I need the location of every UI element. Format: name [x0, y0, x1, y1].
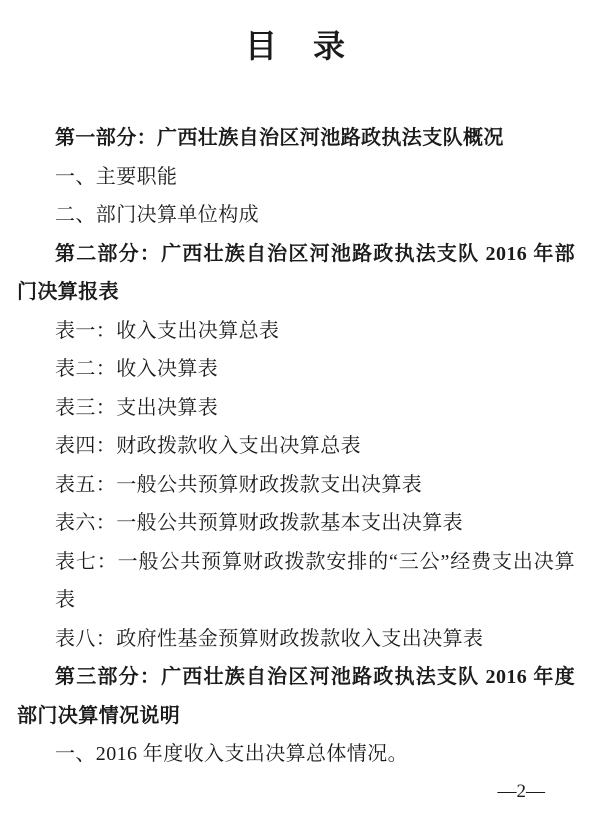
toc-part1-heading: 第一部分：广西壮族自治区河池路政执法支队概况 — [17, 119, 575, 158]
toc-item: 一、主要职能 — [55, 158, 575, 197]
document-page: 目 录 第一部分：广西壮族自治区河池路政执法支队概况 一、主要职能 二、部门决算… — [0, 0, 600, 822]
toc-item: 表一：收入支出决算总表 — [55, 312, 575, 351]
toc-item: 表三：支出决算表 — [55, 389, 575, 428]
toc-item: 一、2016 年度收入支出决算总体情况。 — [55, 735, 575, 774]
toc-item: 表七：一般公共预算财政拨款安排的“三公”经费支出决算表 — [55, 543, 575, 620]
table-of-contents: 第一部分：广西壮族自治区河池路政执法支队概况 一、主要职能 二、部门决算单位构成… — [17, 119, 575, 774]
toc-item: 表五：一般公共预算财政拨款支出决算表 — [55, 466, 575, 505]
toc-item: 二、部门决算单位构成 — [55, 196, 575, 235]
toc-item: 表六：一般公共预算财政拨款基本支出决算表 — [55, 504, 575, 543]
toc-item: 表四：财政拨款收入支出决算总表 — [55, 427, 575, 466]
toc-part3-heading: 第三部分：广西壮族自治区河池路政执法支队 2016 年度部门决算情况说明 — [17, 658, 575, 735]
toc-item: 表八：政府性基金预算财政拨款收入支出决算表 — [55, 620, 575, 659]
toc-item: 表二：收入决算表 — [55, 350, 575, 389]
page-number: —2— — [498, 781, 546, 802]
page-title: 目 录 — [17, 24, 575, 68]
toc-part2-heading: 第二部分：广西壮族自治区河池路政执法支队 2016 年部门决算报表 — [17, 235, 575, 312]
page-footer: —2— — [17, 782, 575, 802]
